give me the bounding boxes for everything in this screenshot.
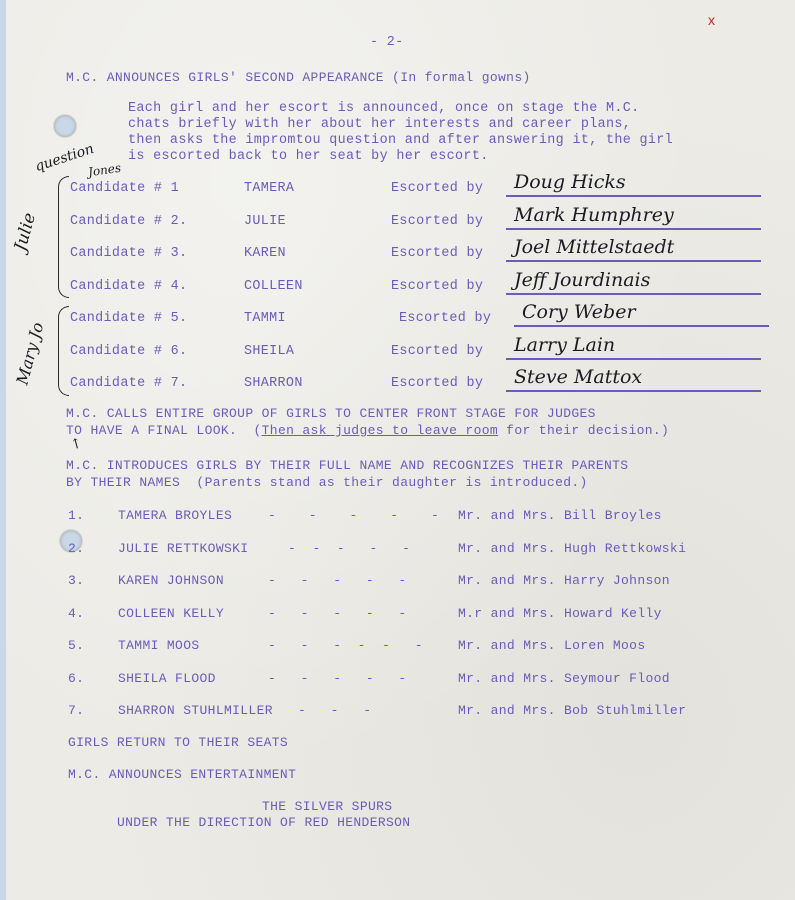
section2-line1: M.C. CALLS ENTIRE GROUP OF GIRLS TO CENT… bbox=[66, 406, 596, 421]
escort-signature: Jeff Jourdinais bbox=[514, 269, 650, 291]
section3-line2: BY THEIR NAMES (Parents stand as their d… bbox=[66, 475, 588, 490]
intro-number: 4. bbox=[68, 606, 84, 621]
intro-number: 6. bbox=[68, 671, 84, 686]
section1-heading: M.C. ANNOUNCES GIRLS' SECOND APPEARANCE … bbox=[66, 70, 531, 85]
escort-label: Escorted by bbox=[391, 181, 483, 196]
intro-girl-name: TAMMI MOOS bbox=[118, 638, 200, 653]
escort-line bbox=[506, 293, 761, 295]
intro-number: 7. bbox=[68, 703, 84, 718]
candidate-label: Candidate # 1 bbox=[70, 181, 179, 196]
closing-line1: GIRLS RETURN TO THEIR SEATS bbox=[68, 735, 288, 750]
candidate-label: Candidate # 6. bbox=[70, 344, 187, 359]
corner-mark: x bbox=[708, 12, 715, 28]
punch-hole bbox=[54, 115, 76, 137]
closing-line2: M.C. ANNOUNCES ENTERTAINMENT bbox=[68, 767, 296, 782]
escort-signature: Steve Mattox bbox=[514, 366, 642, 388]
intro-parents: Mr. and Mrs. Seymour Flood bbox=[458, 671, 670, 686]
intro-leader-dashes: - - - - - - bbox=[268, 638, 423, 653]
intro-girl-name: SHARRON STUHLMILLER bbox=[118, 703, 273, 718]
intro-leader-dashes: - - - bbox=[298, 703, 371, 718]
intro-parents: Mr. and Mrs. Harry Johnson bbox=[458, 573, 670, 588]
candidate-name: JULIE bbox=[244, 214, 286, 229]
candidate-name: TAMMI bbox=[244, 311, 286, 326]
candidate-name: SHEILA bbox=[244, 344, 294, 359]
escort-line bbox=[506, 390, 761, 392]
escort-label: Escorted by bbox=[391, 376, 483, 391]
intro-girl-name: COLLEEN KELLY bbox=[118, 606, 224, 621]
intro-number: 1. bbox=[68, 508, 84, 523]
escort-signature: Doug Hicks bbox=[514, 171, 626, 193]
annotation-question: question bbox=[33, 141, 96, 175]
intro-parents: Mr. and Mrs. Bill Broyles bbox=[458, 508, 662, 523]
intro-leader-dashes: - - - - - bbox=[268, 671, 407, 686]
escort-signature: Joel Mittelstaedt bbox=[514, 236, 674, 258]
intro-leader-dashes: - - - - - bbox=[268, 606, 407, 621]
annotation-jones: Jones bbox=[87, 161, 122, 179]
act-name: THE SILVER SPURS bbox=[262, 799, 392, 814]
intro-girl-name: KAREN JOHNSON bbox=[118, 573, 224, 588]
section2-line2: TO HAVE A FINAL LOOK. (Then ask judges t… bbox=[66, 423, 669, 438]
candidate-label: Candidate # 5. bbox=[70, 311, 187, 326]
intro-girl-name: SHEILA FLOOD bbox=[118, 671, 216, 686]
intro-number: 5. bbox=[68, 638, 84, 653]
intro-leader-dashes: - - - - - bbox=[268, 508, 439, 523]
candidate-name: TAMERA bbox=[244, 181, 294, 196]
escort-label: Escorted by bbox=[391, 246, 483, 261]
escort-line bbox=[506, 358, 761, 360]
intro-parents: M.r and Mrs. Howard Kelly bbox=[458, 606, 662, 621]
escort-label: Escorted by bbox=[399, 311, 491, 326]
annotation-mary-jo: Mary Jo bbox=[12, 320, 47, 386]
intro-leader-dashes: - - - - - bbox=[288, 541, 410, 556]
section3-line1: M.C. INTRODUCES GIRLS BY THEIR FULL NAME… bbox=[66, 458, 628, 473]
candidate-name: COLLEEN bbox=[244, 279, 303, 294]
escort-signature: Larry Lain bbox=[514, 334, 615, 356]
annotation-julie: Julie bbox=[11, 211, 40, 254]
escort-line bbox=[514, 325, 769, 327]
underlined-instruction: Then ask judges to leave room bbox=[262, 423, 498, 438]
page-number: - 2- bbox=[370, 35, 404, 50]
escort-label: Escorted by bbox=[391, 279, 483, 294]
intro-parents: Mr. and Mrs. Loren Moos bbox=[458, 638, 645, 653]
escort-line bbox=[506, 228, 761, 230]
act-direction: UNDER THE DIRECTION OF RED HENDERSON bbox=[117, 815, 410, 830]
intro-parents: Mr. and Mrs. Bob Stuhlmiller bbox=[458, 703, 686, 718]
intro-number: 2. bbox=[68, 541, 84, 556]
candidate-name: KAREN bbox=[244, 246, 286, 261]
candidate-label: Candidate # 4. bbox=[70, 279, 187, 294]
candidate-label: Candidate # 2. bbox=[70, 214, 187, 229]
intro-number: 3. bbox=[68, 573, 84, 588]
escort-signature: Cory Weber bbox=[522, 301, 636, 323]
candidate-label: Candidate # 3. bbox=[70, 246, 187, 261]
escort-signature: Mark Humphrey bbox=[514, 204, 674, 226]
bracket-group-2 bbox=[58, 306, 69, 396]
document-page: x - 2- M.C. ANNOUNCES GIRLS' SECOND APPE… bbox=[6, 0, 795, 900]
intro-girl-name: JULIE RETTKOWSKI bbox=[118, 541, 248, 556]
intro-leader-dashes: - - - - - bbox=[268, 573, 407, 588]
bracket-group-1 bbox=[58, 176, 69, 298]
intro-girl-name: TAMERA BROYLES bbox=[118, 508, 232, 523]
escort-line bbox=[506, 195, 761, 197]
escort-line bbox=[506, 260, 761, 262]
candidate-label: Candidate # 7. bbox=[70, 376, 187, 391]
escort-label: Escorted by bbox=[391, 344, 483, 359]
escort-label: Escorted by bbox=[391, 214, 483, 229]
candidate-name: SHARRON bbox=[244, 376, 303, 391]
intro-parents: Mr. and Mrs. Hugh Rettkowski bbox=[458, 541, 686, 556]
